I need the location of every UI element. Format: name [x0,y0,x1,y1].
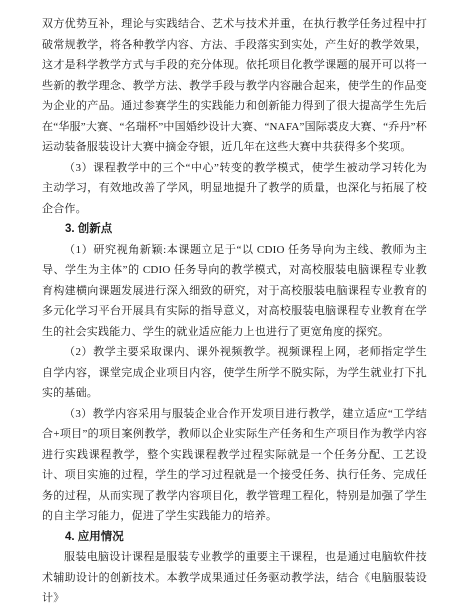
body-paragraph: （3）教学内容采用与服装企业合作开发项目进行教学，建立适应“工学结合+项目”的项… [42,404,427,527]
section-heading: 4. 应用情况 [42,527,427,548]
body-paragraph: （1）研究视角新颖:本课题立足于“以 CDIO 任务导向为主线、教师为主导、学生… [42,240,427,343]
body-paragraph: 服装电脑设计课程是服装专业教学的重要主干课程，也是通过电脑软件技术辅助设计的创新… [42,547,427,604]
document-page: 双方优势互补，理论与实践结合、艺术与技术并重，在执行教学任务过程中打破常规教学，… [0,0,462,604]
body-paragraph: 双方优势互补，理论与实践结合、艺术与技术并重，在执行教学任务过程中打破常规教学，… [42,14,427,158]
body-paragraph: （2）教学主要采取课内、课外视频教学。视频课程上网，老师指定学生自学内容，课堂完… [42,342,427,404]
body-paragraph: （3）课程教学中的三个“中心”转变的教学模式，使学生被动学习转化为主动学习，有效… [42,158,427,220]
section-heading: 3. 创新点 [42,219,427,240]
